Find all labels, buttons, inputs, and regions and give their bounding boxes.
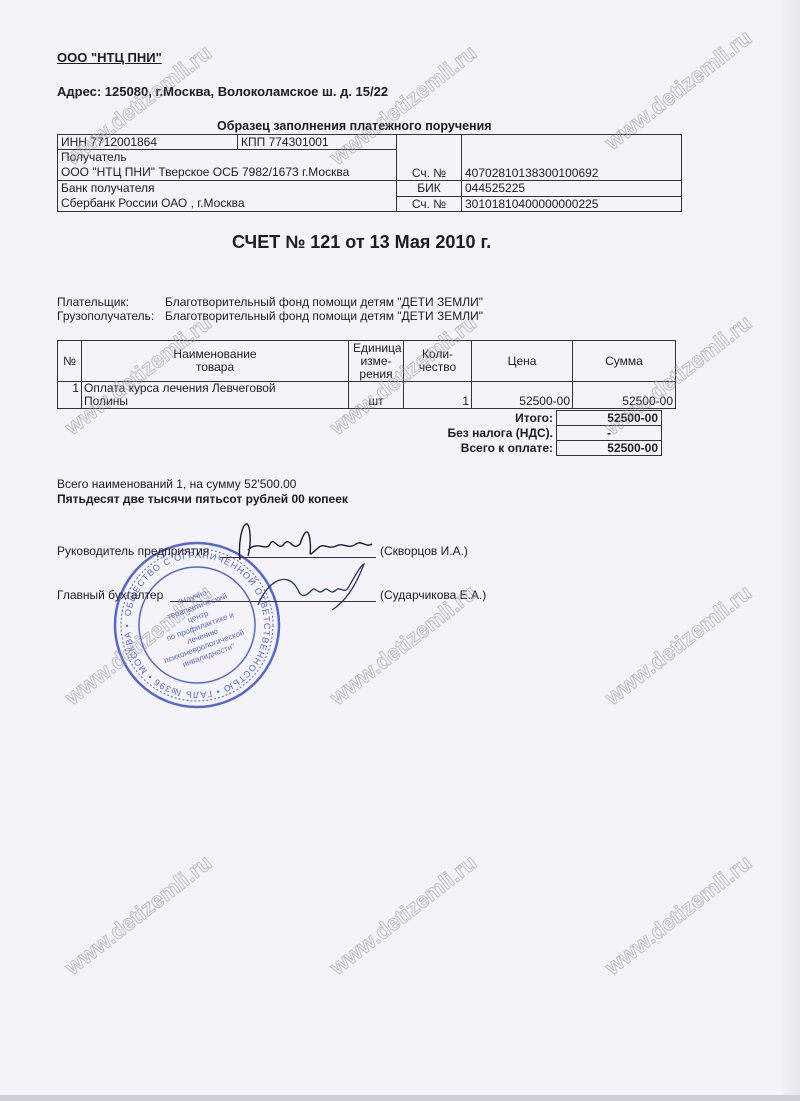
account-label-cell: Сч. № bbox=[397, 135, 462, 181]
recipient-cell: Получатель ООО "НТЦ ПНИ" Тверское ОСБ 79… bbox=[58, 150, 397, 181]
page-edge-shadow bbox=[782, 0, 800, 1101]
header-price: Цена bbox=[472, 341, 573, 382]
corr-account-label-cell: Сч. № bbox=[397, 196, 462, 212]
row-name: Оплата курса лечения Левчеговой Полины bbox=[82, 382, 349, 409]
bank-details-table: ИНН 7712001864 КПП 774301001 Сч. № 40702… bbox=[57, 134, 682, 212]
row-price: 52500-00 bbox=[472, 382, 573, 409]
consignee-label: Грузополучатель: bbox=[57, 309, 154, 323]
organization-name: ООО "НТЦ ПНИ" bbox=[57, 50, 162, 65]
header-unit: Единица изме- рения bbox=[349, 341, 404, 382]
items-table: № Наименование товара Единица изме- рени… bbox=[57, 340, 676, 409]
bik-label-cell: БИК bbox=[397, 181, 462, 197]
payer-label: Плательщик: bbox=[57, 295, 129, 309]
watermark: www.detizemli.ru bbox=[60, 850, 217, 981]
row-name-text: Оплата курса лечения Левчеговой Полины bbox=[84, 382, 314, 408]
watermark: www.detizemli.ru bbox=[325, 850, 482, 981]
vat-label: Без налога (НДС). bbox=[350, 426, 557, 441]
amount-in-words: Пятьдесят две тысячи пятьсот рублей 00 к… bbox=[57, 492, 348, 506]
header-qty: Коли- чество bbox=[404, 341, 472, 382]
vat-row: Без налога (НДС). - bbox=[350, 426, 662, 441]
payer-value: Благотворительный фонд помощи детям "ДЕТ… bbox=[165, 295, 483, 309]
total-value: 52500-00 bbox=[557, 411, 662, 426]
header-sum: Сумма bbox=[573, 341, 676, 382]
items-summary: Всего наименований 1, на сумму 52'500.00 bbox=[57, 477, 296, 491]
recipient-value: ООО "НТЦ ПНИ" Тверское ОСБ 7982/1673 г.М… bbox=[61, 165, 393, 180]
inn-cell: ИНН 7712001864 bbox=[58, 135, 238, 150]
director-name: (Скворцов И.А.) bbox=[380, 544, 468, 558]
row-qty: 1 bbox=[404, 382, 472, 409]
items-table-header: № Наименование товара Единица изме- рени… bbox=[58, 341, 676, 382]
header-name: Наименование товара bbox=[82, 341, 349, 382]
account-value-cell: 40702810138300100692 bbox=[462, 135, 682, 181]
header-no: № bbox=[58, 341, 82, 382]
row-no: 1 bbox=[58, 382, 82, 409]
table-row: 1 Оплата курса лечения Левчеговой Полины… bbox=[58, 382, 676, 409]
vat-value: - bbox=[557, 426, 662, 441]
corr-account-value-cell: 30101810400000000225 bbox=[462, 196, 682, 212]
organization-address: Адрес: 125080, г.Москва, Волоколамское ш… bbox=[57, 84, 388, 99]
bank-label: Банк получателя bbox=[61, 181, 393, 196]
bank-cell: Банк получателя Сбербанк России ОАО , г.… bbox=[58, 181, 397, 212]
accountant-name: (Сударчикова Е.А.) bbox=[380, 588, 486, 602]
bik-value-cell: 044525225 bbox=[462, 181, 682, 197]
page-bottom-edge bbox=[0, 1095, 800, 1101]
watermark: www.detizemli.ru bbox=[600, 850, 757, 981]
director-signature-label: Руководитель предприятия bbox=[57, 544, 209, 558]
row-unit: шт bbox=[349, 382, 404, 409]
invoice-title: СЧЕТ № 121 от 13 Мая 2010 г. bbox=[232, 232, 491, 253]
watermark: www.detizemli.ru bbox=[600, 580, 757, 711]
consignee-value: Благотворительный фонд помощи детям "ДЕТ… bbox=[165, 309, 483, 323]
grand-total-label: Всего к оплате: bbox=[350, 441, 557, 456]
payment-sample-title: Образец заполнения платежного поручения bbox=[217, 119, 492, 133]
accountant-signature-scribble bbox=[248, 560, 368, 615]
recipient-label: Получатель bbox=[61, 150, 393, 165]
total-row: Итого: 52500-00 bbox=[350, 411, 662, 426]
row-sum: 52500-00 bbox=[573, 382, 676, 409]
bank-value: Сбербанк России ОАО , г.Москва bbox=[61, 196, 393, 211]
grand-total-value: 52500-00 bbox=[557, 441, 662, 456]
header-name-text: Наименование товара bbox=[155, 348, 275, 374]
grand-total-row: Всего к оплате: 52500-00 bbox=[350, 441, 662, 456]
kpp-cell: КПП 774301001 bbox=[238, 135, 397, 150]
header-qty-text: Коли- чество bbox=[415, 348, 461, 374]
totals-table: Итого: 52500-00 Без налога (НДС). - Всег… bbox=[350, 410, 662, 456]
header-unit-text: Единица изме- рения bbox=[353, 342, 399, 381]
total-label: Итого: bbox=[350, 411, 557, 426]
accountant-signature-label: Главный бухгалтер bbox=[57, 588, 163, 602]
